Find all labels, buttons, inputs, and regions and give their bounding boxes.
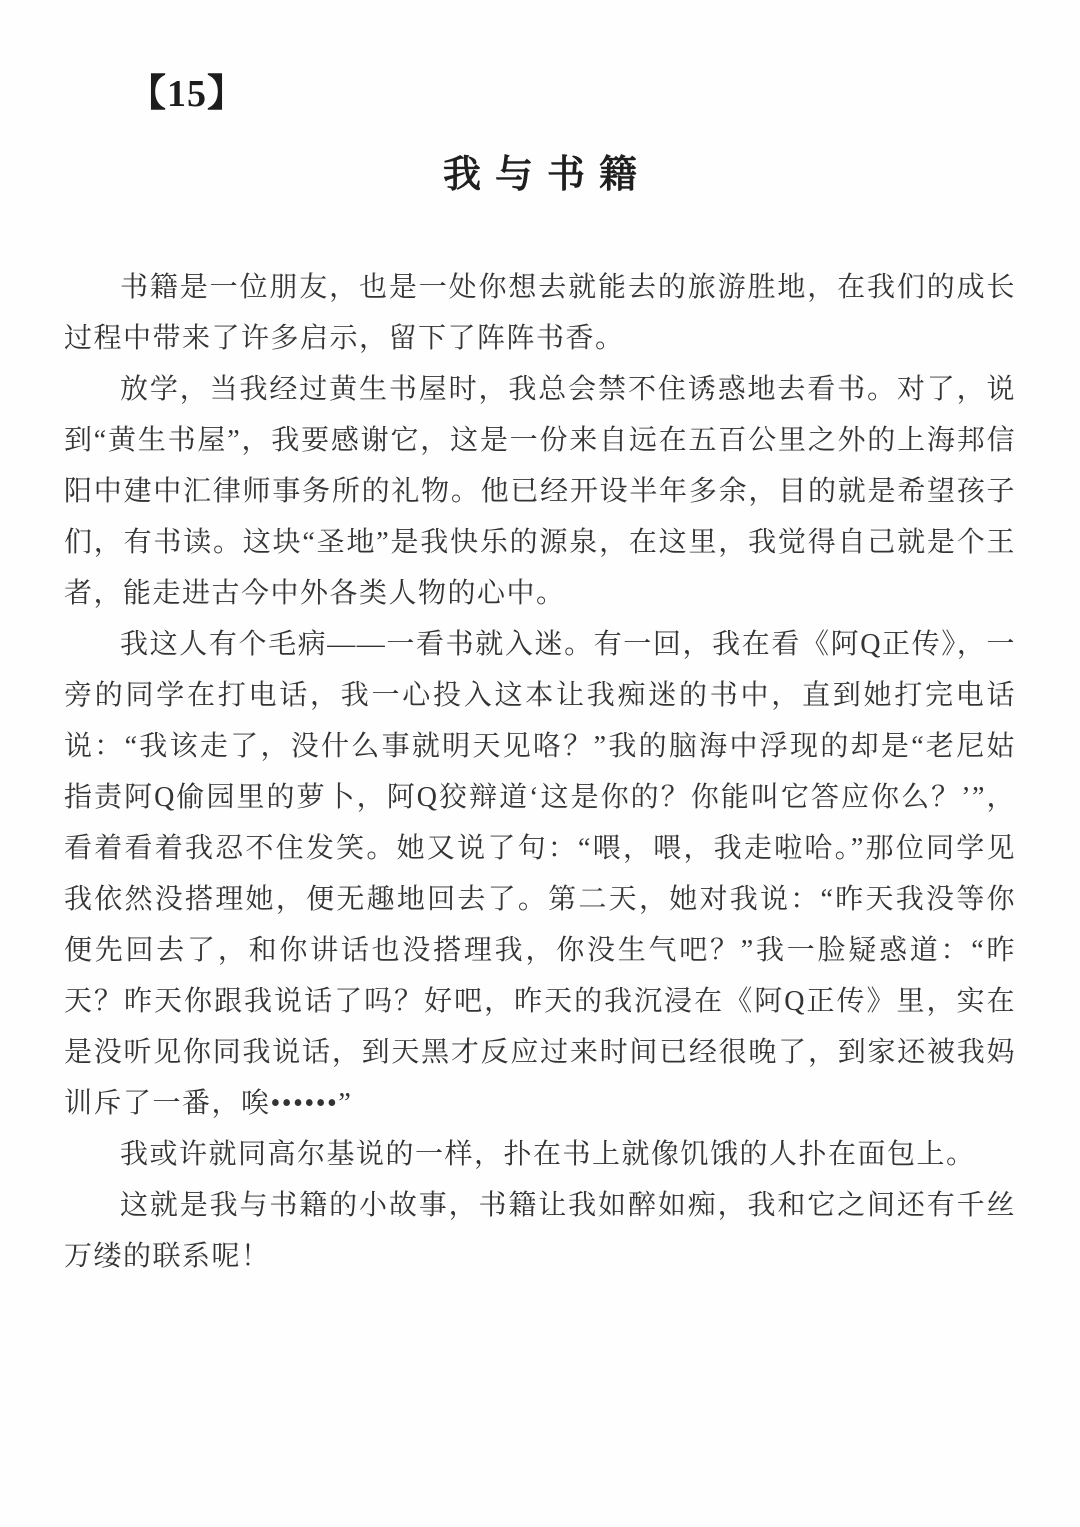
essay-number-label: 【15】 (128, 62, 246, 117)
essay-paragraph: 书籍是一位朋友，也是一处你想去就能去的旅游胜地，在我们的成长过程中带来了许多启示… (64, 262, 1016, 364)
essay-paragraph: 放学，当我经过黄生书屋时，我总会禁不住诱惑地去看书。对了，说到“黄生书屋”，我要… (64, 364, 1016, 619)
essay-paragraph: 我这人有个毛病——一看书就入迷。有一回，我在看《阿Q正传》，一旁的同学在打电话，… (64, 619, 1016, 1129)
essay-paragraph: 我或许就同高尔基说的一样，扑在书上就像饥饿的人扑在面包上。 (64, 1129, 1016, 1180)
document-page: 【15】 我与书籍 书籍是一位朋友，也是一处你想去就能去的旅游胜地，在我们的成长… (0, 0, 1080, 1527)
essay-title: 我与书籍 (0, 143, 1080, 198)
essay-body: 书籍是一位朋友，也是一处你想去就能去的旅游胜地，在我们的成长过程中带来了许多启示… (64, 262, 1016, 1282)
essay-paragraph: 这就是我与书籍的小故事，书籍让我如醉如痴，我和它之间还有千丝万缕的联系呢！ (64, 1180, 1016, 1282)
